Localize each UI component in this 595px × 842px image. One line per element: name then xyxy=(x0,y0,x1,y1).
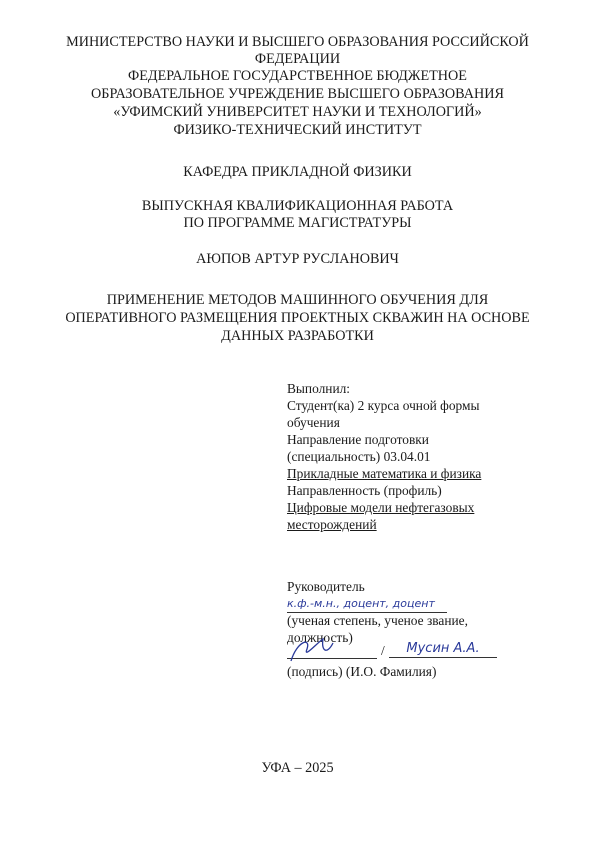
header-line: МИНИСТЕРСТВО НАУКИ И ВЫСШЕГО ОБРАЗОВАНИЯ… xyxy=(0,34,595,51)
profile-label: Направленность (профиль) xyxy=(287,482,442,499)
student-info: обучения xyxy=(287,414,340,431)
work-type-line: ПО ПРОГРАММЕ МАГИСТРАТУРЫ xyxy=(0,215,595,232)
title-line: ДАННЫХ РАЗРАБОТКИ xyxy=(0,328,595,345)
profile-name: Цифровые модели нефтегазовых xyxy=(287,499,474,516)
header-line: ФЕДЕРАЛЬНОЕ ГОСУДАРСТВЕННОЕ БЮДЖЕТНОЕ xyxy=(0,68,595,85)
separator: / xyxy=(381,642,385,659)
supervisor-name: Мусин А.А. xyxy=(389,640,497,658)
performer-label: Выполнил: xyxy=(287,380,350,397)
header-line: «УФИМСКИЙ УНИВЕРСИТЕТ НАУКИ И ТЕХНОЛОГИЙ… xyxy=(0,104,595,121)
signature-caption: (подпись) (И.О. Фамилия) xyxy=(287,663,436,680)
header-line: ФИЗИКО-ТЕХНИЧЕСКИЙ ИНСТИТУТ xyxy=(0,122,595,139)
work-type-line: ВЫПУСКНАЯ КВАЛИФИКАЦИОННАЯ РАБОТА xyxy=(0,198,595,215)
department: КАФЕДРА ПРИКЛАДНОЙ ФИЗИКИ xyxy=(0,164,595,181)
direction-name: Прикладные математика и физика xyxy=(287,465,481,482)
profile-name: месторождений xyxy=(287,516,377,533)
title-line: ПРИМЕНЕНИЕ МЕТОДОВ МАШИННОГО ОБУЧЕНИЯ ДЛ… xyxy=(0,292,595,309)
supervisor-degree: к.ф.-м.н., доцент, доцент xyxy=(287,595,447,613)
degree-caption: (ученая степень, ученое звание, xyxy=(287,612,468,629)
direction-code: (специальность) 03.04.01 xyxy=(287,448,430,465)
author-name: АЮПОВ АРТУР РУСЛАНОВИЧ xyxy=(0,251,595,268)
signature-scribble xyxy=(287,635,337,665)
header-line: ФЕДЕРАЦИИ xyxy=(0,51,595,68)
header-line: ОБРАЗОВАТЕЛЬНОЕ УЧРЕЖДЕНИЕ ВЫСШЕГО ОБРАЗ… xyxy=(0,86,595,103)
direction-label: Направление подготовки xyxy=(287,431,429,448)
student-info: Студент(ка) 2 курса очной формы xyxy=(287,397,480,414)
supervisor-label: Руководитель xyxy=(287,578,365,595)
title-line: ОПЕРАТИВНОГО РАЗМЕЩЕНИЯ ПРОЕКТНЫХ СКВАЖИ… xyxy=(0,310,595,327)
footer-city-year: УФА – 2025 xyxy=(0,760,595,777)
